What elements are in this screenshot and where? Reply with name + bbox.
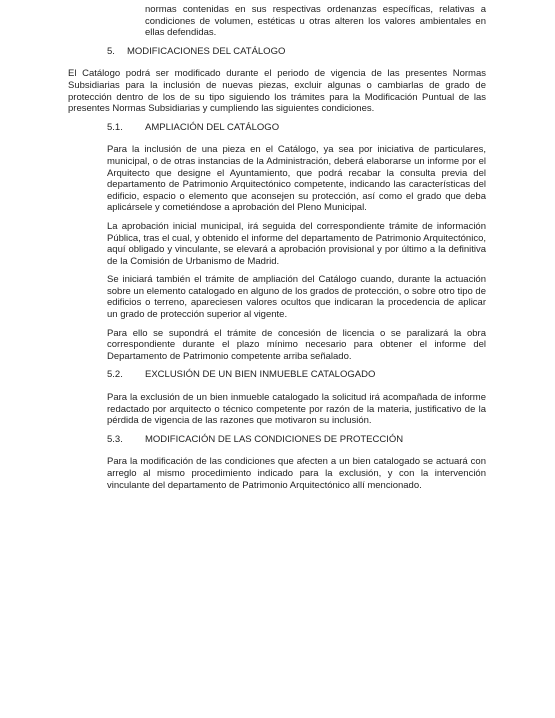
section-title: EXCLUSIÓN DE UN BIEN INMUEBLE CATALOGADO: [145, 369, 375, 381]
continued-paragraph: normas contenidas en sus respectivas ord…: [145, 4, 486, 39]
section-heading-5-2: 5.2. EXCLUSIÓN DE UN BIEN INMUEBLE CATAL…: [107, 369, 555, 381]
section-title: AMPLIACIÓN DEL CATÁLOGO: [145, 122, 279, 134]
paragraph-modificacion-condiciones: Para la modificación de las condiciones …: [107, 456, 486, 491]
paragraph-ampliacion-aprobacion: La aprobación inicial municipal, irá seg…: [107, 221, 486, 267]
section-number: 5.: [107, 46, 127, 58]
section-heading-5: 5. MODIFICACIONES DEL CATÁLOGO: [107, 46, 555, 58]
document-page: normas contenidas en sus respectivas ord…: [0, 0, 555, 718]
paragraph-exclusion: Para la exclusión de un bien inmueble ca…: [107, 392, 486, 427]
section-number: 5.2.: [107, 369, 145, 381]
section-heading-5-3: 5.3. MODIFICACIÓN DE LAS CONDICIONES DE …: [107, 434, 555, 446]
section-number: 5.3.: [107, 434, 145, 446]
paragraph-ampliacion-tramite: Se iniciará también el trámite de amplia…: [107, 274, 486, 320]
section-title: MODIFICACIÓN DE LAS CONDICIONES DE PROTE…: [145, 434, 403, 446]
section-number: 5.1.: [107, 122, 145, 134]
paragraph-ampliacion-inclusion: Para la inclusión de una pieza en el Cat…: [107, 144, 486, 214]
section-title: MODIFICACIONES DEL CATÁLOGO: [127, 46, 285, 58]
paragraph-catalog-modification-intro: El Catálogo podrá ser modificado durante…: [68, 68, 486, 114]
section-heading-5-1: 5.1. AMPLIACIÓN DEL CATÁLOGO: [107, 122, 555, 134]
paragraph-ampliacion-suspension: Para ello se supondrá el trámite de conc…: [107, 328, 486, 363]
